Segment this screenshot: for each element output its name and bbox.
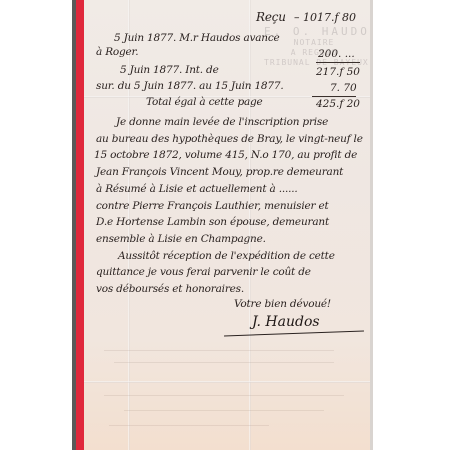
closing-salutation: Votre bien dévoué! [234,298,331,310]
receipt-label: Reçu [256,10,286,24]
signature: J. Haudos [252,314,320,330]
body-line: Aussitôt réception de l'expédition de ce… [118,250,335,262]
account-amount: 217.f 50 [316,66,360,78]
account-total-label: Total égal à cette page [146,96,263,108]
red-margin-strip [76,0,84,450]
account-line: 5 Juin 1877. Int. de [120,64,219,76]
body-line: ensemble à Lisie en Champagne. [96,233,266,245]
bleed-through-line [124,410,324,411]
letter-paper: E. O. HAUDOS NOTAIRE A REGGIO TRIBUNAL D… [84,0,370,450]
body-line: Je donne main levée de l'inscription pri… [116,116,328,128]
body-line: Jean François Vincent Mouy, prop.re deme… [96,166,343,178]
receipt-amount-value: 1017.f 80 [303,11,356,24]
account-amount: 200. ... [318,48,355,60]
sum-rule [312,96,356,97]
account-line: 5 Juin 1877. M.r Haudos avance [114,32,280,44]
bleed-through-line [109,425,269,426]
fold-line-horizontal [84,381,370,383]
body-line: à Résumé à Lisie et actuellement à .....… [96,183,298,195]
account-line: à Roger. [96,46,138,58]
bleed-through-line [104,395,344,396]
account-line: sur. du 5 Juin 1877. au 15 Juin 1877. [96,80,284,92]
body-line: vos déboursés et honoraires. [96,283,244,295]
body-line: contre Pierre François Lauthier, menuisi… [96,200,329,212]
body-line: au bureau des hypothèques de Bray, le vi… [96,133,363,145]
body-line: D.e Hortense Lambin son épouse, demeuran… [96,216,329,228]
body-line: 15 octobre 1872, volume 415, N.o 170, au… [94,149,357,161]
sum-rule [316,62,360,63]
receipt-amount: – 1017.f 80 [294,11,356,24]
bleed-through-line [114,362,334,363]
account-total-amount: 425.f 20 [316,98,360,110]
bleed-through-line [104,350,334,351]
signature-flourish [224,331,364,337]
account-amount: 7. 70 [330,82,357,94]
body-line: quittance je vous ferai parvenir le coût… [96,266,311,278]
scan-shadow-right [370,0,373,450]
